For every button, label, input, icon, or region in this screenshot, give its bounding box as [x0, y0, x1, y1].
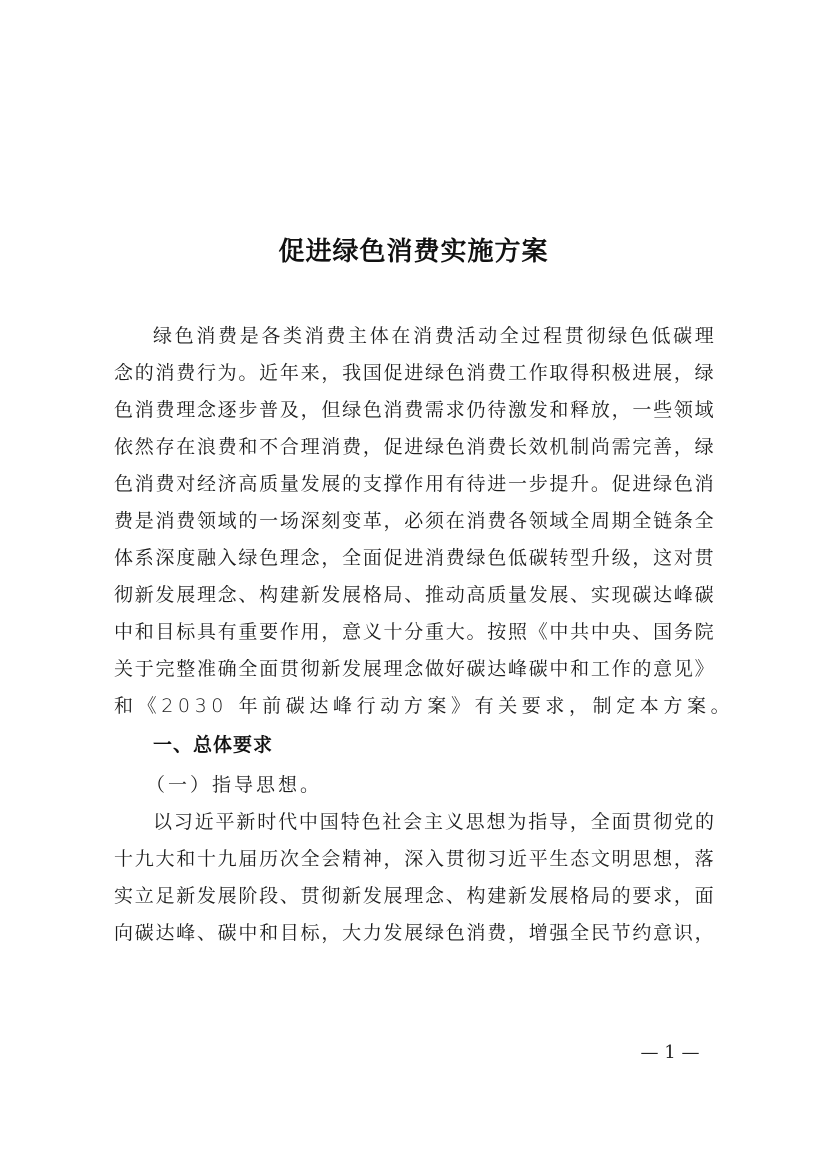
document-title: 促进绿色消费实施方案	[0, 234, 827, 270]
paragraph-line: 体系深度融入绿色理念，全面促进消费绿色低碳转型升级，这对贯	[114, 540, 714, 577]
paragraph-line: 色消费对经济高质量发展的支撑作用有待进一步提升。促进绿色消	[114, 466, 714, 503]
paragraph-line: 以习近平新时代中国特色社会主义思想为指导，全面贯彻党的	[153, 804, 714, 841]
paragraph-line: 关于完整准确全面贯彻新发展理念做好碳达峰碳中和工作的意见》	[114, 651, 714, 688]
page-number: — 1 —	[630, 1041, 710, 1065]
document-page: 促进绿色消费实施方案 绿色消费是各类消费主体在消费活动全过程贯彻绿色低碳理 念的…	[0, 0, 827, 1169]
section-heading: 一、总体要求	[153, 727, 273, 764]
paragraph-line: 绿色消费是各类消费主体在消费活动全过程贯彻绿色低碳理	[153, 318, 714, 355]
subsection-heading: （一）指导思想。	[146, 767, 322, 804]
paragraph-line: 彻新发展理念、构建新发展格局、推动高质量发展、实现碳达峰碳	[114, 577, 714, 614]
paragraph-line: 向碳达峰、碳中和目标，大力发展绿色消费，增强全民节约意识，	[114, 915, 714, 952]
paragraph-line: 依然存在浪费和不合理消费，促进绿色消费长效机制尚需完善，绿	[114, 429, 714, 466]
paragraph-line: 费是消费领域的一场深刻变革，必须在消费各领域全周期全链条全	[114, 503, 714, 540]
paragraph-line: 十九大和十九届历次全会精神，深入贯彻习近平生态文明思想，落	[114, 841, 714, 878]
paragraph-line: 色消费理念逐步普及，但绿色消费需求仍待激发和释放，一些领域	[114, 392, 714, 429]
paragraph-line: 念的消费行为。近年来，我国促进绿色消费工作取得积极进展，绿	[114, 355, 714, 392]
paragraph-line: 实立足新发展阶段、贯彻新发展理念、构建新发展格局的要求，面	[114, 878, 714, 915]
paragraph-line: 中和目标具有重要作用，意义十分重大。按照《中共中央、国务院	[114, 614, 714, 651]
paragraph-line: 和《2030 年前碳达峰行动方案》有关要求，制定本方案。	[114, 688, 714, 725]
